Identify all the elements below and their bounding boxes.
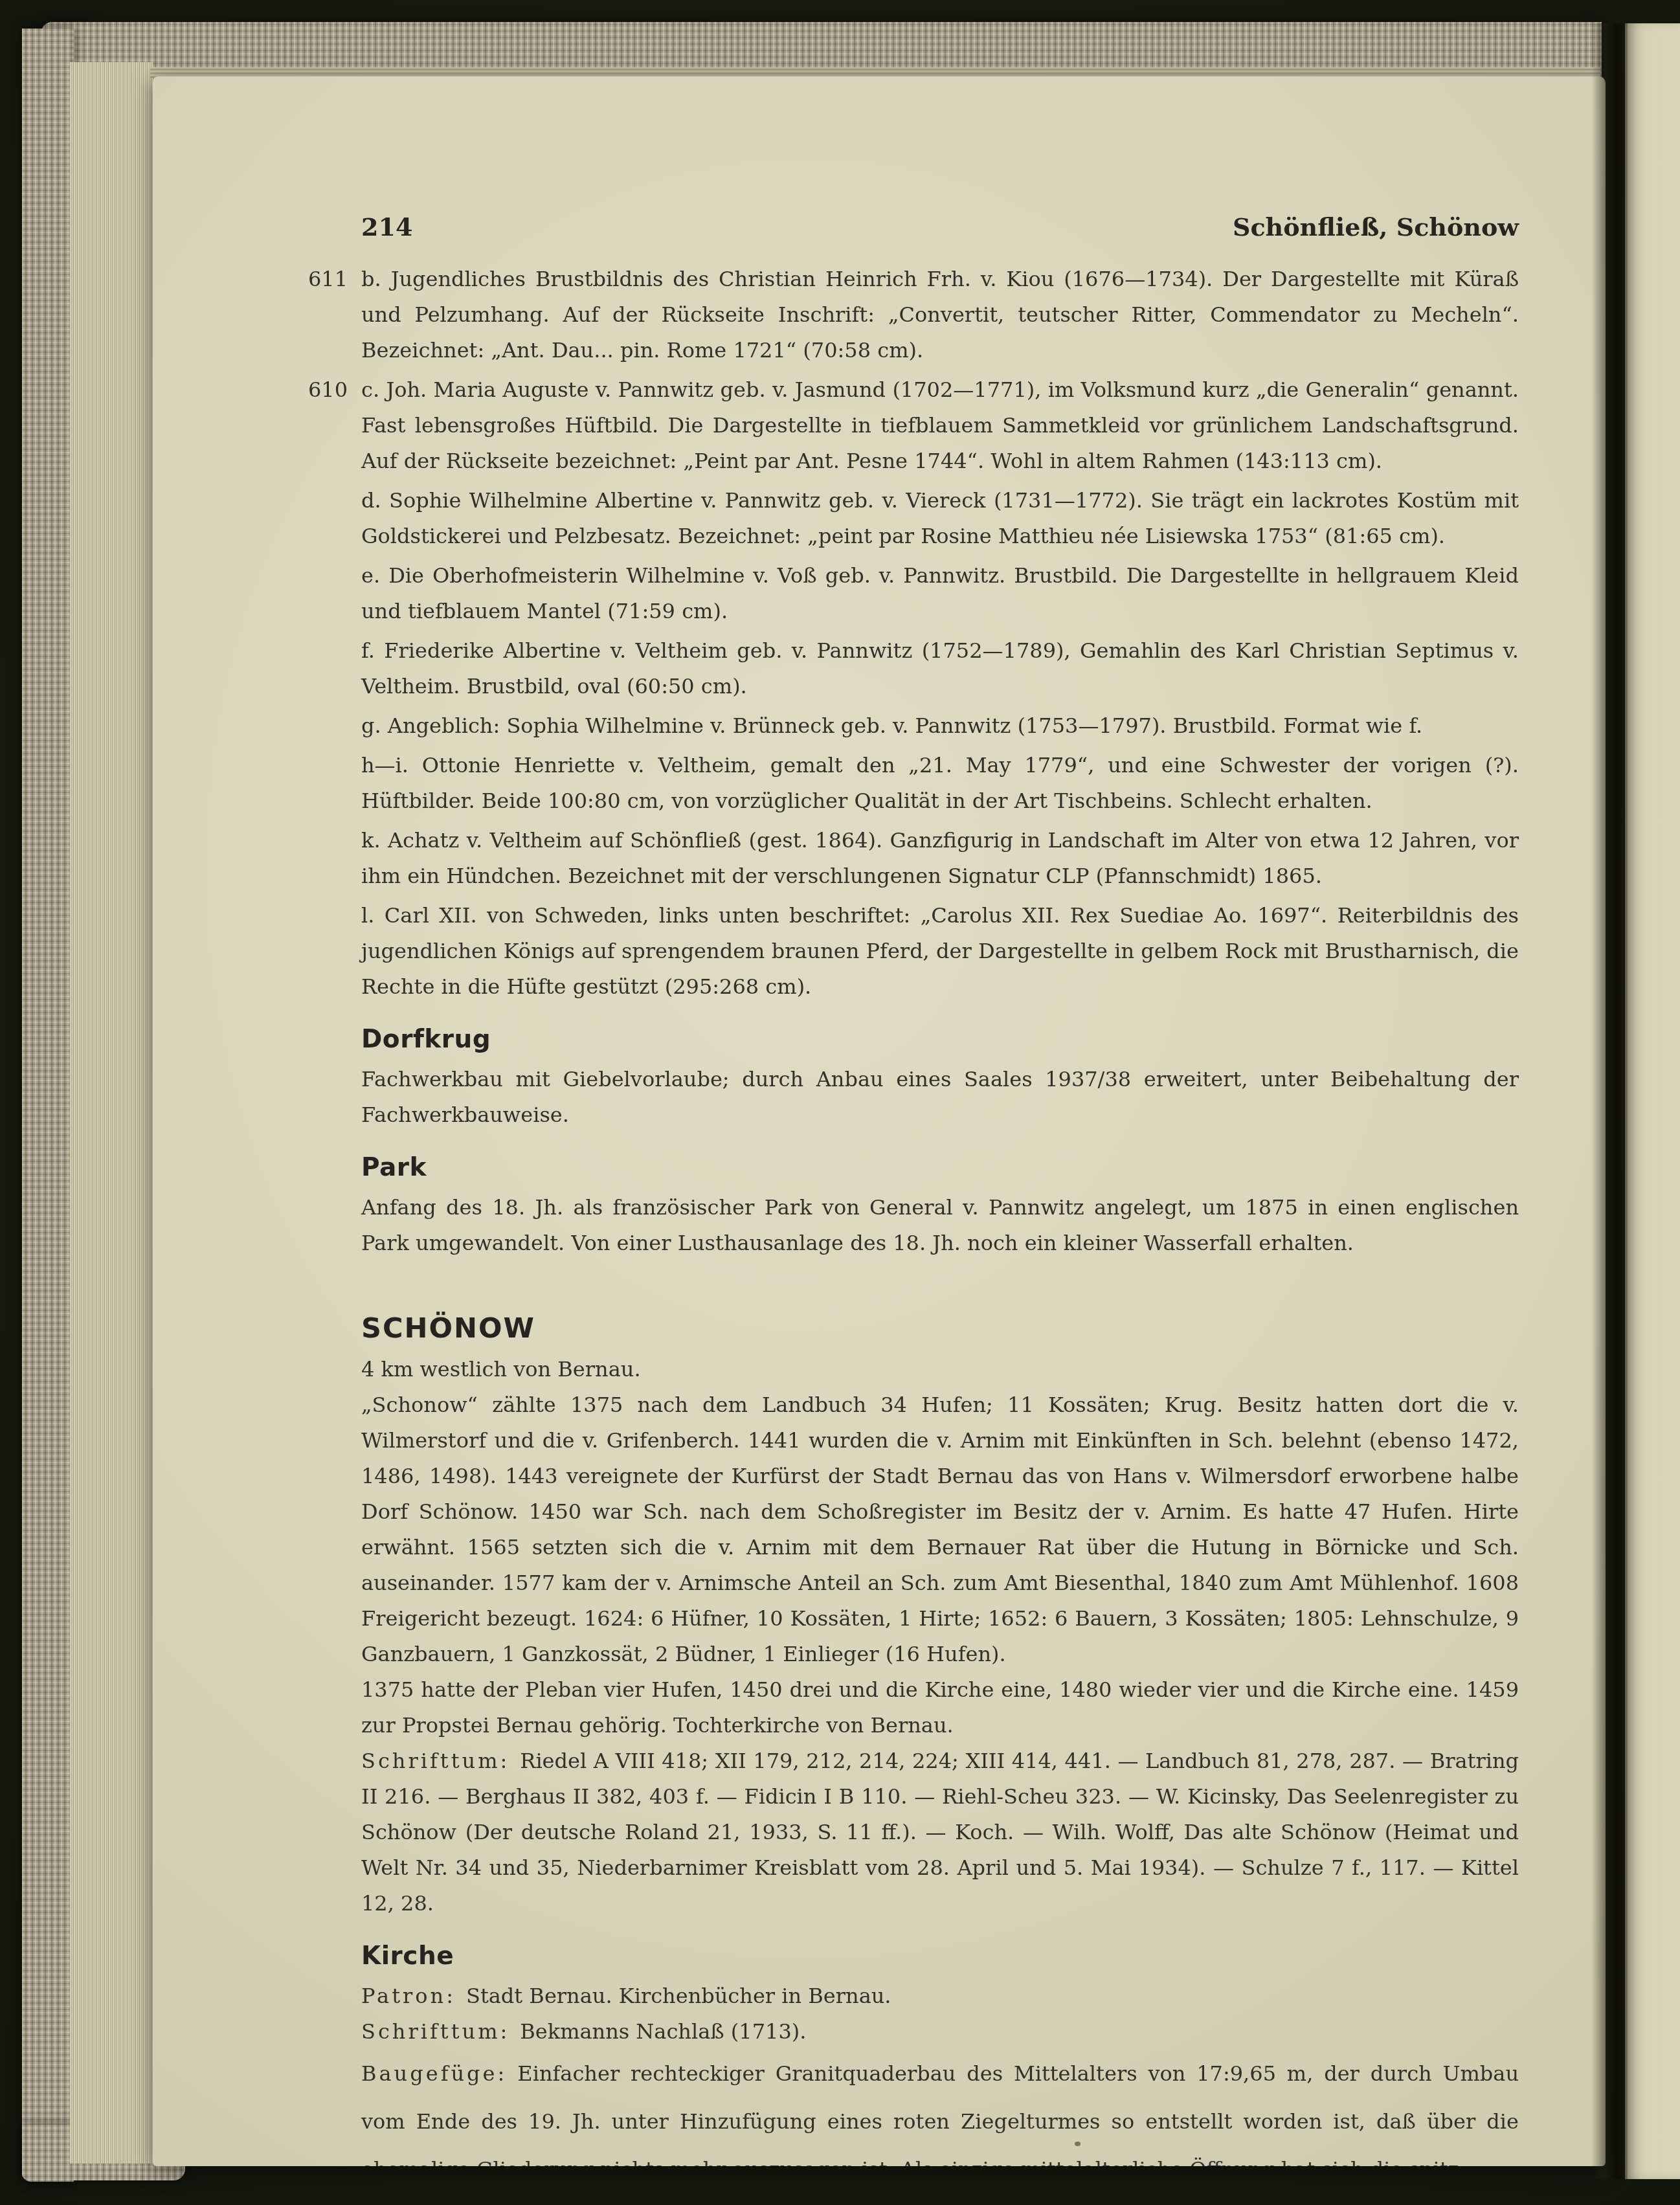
margin-number: 610	[308, 372, 357, 408]
section-heading-park: Park	[361, 1152, 1519, 1183]
catalog-entry: l. Carl XII. von Schweden, links unten b…	[361, 898, 1519, 1005]
catalog-entry: d. Sophie Wilhelmine Albertine v. Pannwi…	[361, 483, 1519, 554]
catalog-entry: e. Die Oberhofmeisterin Wilhelmine v. Vo…	[361, 558, 1519, 629]
section-heading-dorfkrug: Dorfkrug	[361, 1024, 1519, 1055]
book-gutter-shadow	[1591, 23, 1628, 2179]
running-header: Schönfließ, Schönow	[1233, 212, 1519, 242]
ink-speck	[1075, 2142, 1081, 2146]
patron-paragraph: Patron:Stadt Bernau. Kirchenbücher in Be…	[361, 1978, 1519, 2014]
kirche-schrifttum-lead: Schrifttum:	[361, 2019, 510, 2044]
history-paragraph: „Schonow“ zählte 1375 nach dem Landbuch …	[361, 1387, 1519, 1672]
kirche-schrifttum-paragraph: Schrifttum:Bekmanns Nachlaß (1713).	[361, 2014, 1519, 2050]
entry-text: c. Joh. Maria Auguste v. Pannwitz geb. v…	[361, 372, 1519, 479]
church-hufen-paragraph: 1375 hatte der Pleban vier Hufen, 1450 d…	[361, 1672, 1519, 1743]
page-block-fore-edge	[70, 62, 153, 2164]
margin-number: 611	[308, 262, 357, 297]
entry-text: g. Angeblich: Sophia Wilhelmine v. Brünn…	[361, 708, 1519, 744]
entry-text: k. Achatz v. Veltheim auf Schönfließ (ge…	[361, 823, 1519, 894]
bibliography-lead: Schrifttum:	[361, 1749, 510, 1773]
catalog-entry: g. Angeblich: Sophia Wilhelmine v. Brünn…	[361, 708, 1519, 744]
page-content: 214 Schönfließ, Schönow 611 b. Jugendlic…	[153, 76, 1606, 2166]
entry-text: h—i. Ottonie Henriette v. Veltheim, gema…	[361, 748, 1519, 819]
baugefuege-paragraph: Baugefüge:Einfacher rechteckiger Granitq…	[361, 2050, 1519, 2166]
baugefuege-text: Einfacher rechteckiger Granitquaderbau d…	[361, 2061, 1519, 2166]
kirche-schrifttum-text: Bekmanns Nachlaß (1713).	[520, 2019, 806, 2044]
place-heading-schoenow: SCHÖNOW	[361, 1312, 1519, 1345]
catalog-entry: 611 b. Jugendliches Brustbildnis des Chr…	[361, 262, 1519, 368]
bibliography-paragraph: Schrifttum:Riedel A VIII 418; XII 179, 2…	[361, 1743, 1519, 1921]
facing-page-edge	[1625, 23, 1680, 2179]
catalog-entry: 610 c. Joh. Maria Auguste v. Pannwitz ge…	[361, 372, 1519, 479]
section-text-dorfkrug: Fachwerkbau mit Giebelvorlaube; durch An…	[361, 1062, 1519, 1133]
entry-text: l. Carl XII. von Schweden, links unten b…	[361, 898, 1519, 1005]
catalog-entry: k. Achatz v. Veltheim auf Schönfließ (ge…	[361, 823, 1519, 894]
book-cover-cloth-left	[22, 28, 74, 2182]
entry-text: d. Sophie Wilhelmine Albertine v. Pannwi…	[361, 483, 1519, 554]
patron-lead: Patron:	[361, 1984, 456, 2008]
catalog-entry: f. Friederike Albertine v. Veltheim geb.…	[361, 633, 1519, 704]
section-text-park: Anfang des 18. Jh. als französischer Par…	[361, 1190, 1519, 1261]
catalog-entry: h—i. Ottonie Henriette v. Veltheim, gema…	[361, 748, 1519, 819]
book-photo-scene: 214 Schönfließ, Schönow 611 b. Jugendlic…	[0, 0, 1680, 2205]
baugefuege-lead: Baugefüge:	[361, 2061, 507, 2086]
entry-text: f. Friederike Albertine v. Veltheim geb.…	[361, 633, 1519, 704]
bibliography-text: Riedel A VIII 418; XII 179, 212, 214, 22…	[361, 1749, 1519, 1916]
book-page: 214 Schönfließ, Schönow 611 b. Jugendlic…	[153, 76, 1606, 2166]
section-heading-kirche: Kirche	[361, 1941, 1519, 1972]
patron-text: Stadt Bernau. Kirchenbücher in Bernau.	[466, 1984, 891, 2008]
entry-text: e. Die Oberhofmeisterin Wilhelmine v. Vo…	[361, 558, 1519, 629]
page-number: 214	[361, 212, 412, 242]
page-header: 214 Schönfließ, Schönow	[361, 212, 1519, 242]
place-subtitle: 4 km westlich von Bernau.	[361, 1352, 1519, 1387]
entry-text: b. Jugendliches Brustbildnis des Christi…	[361, 262, 1519, 368]
